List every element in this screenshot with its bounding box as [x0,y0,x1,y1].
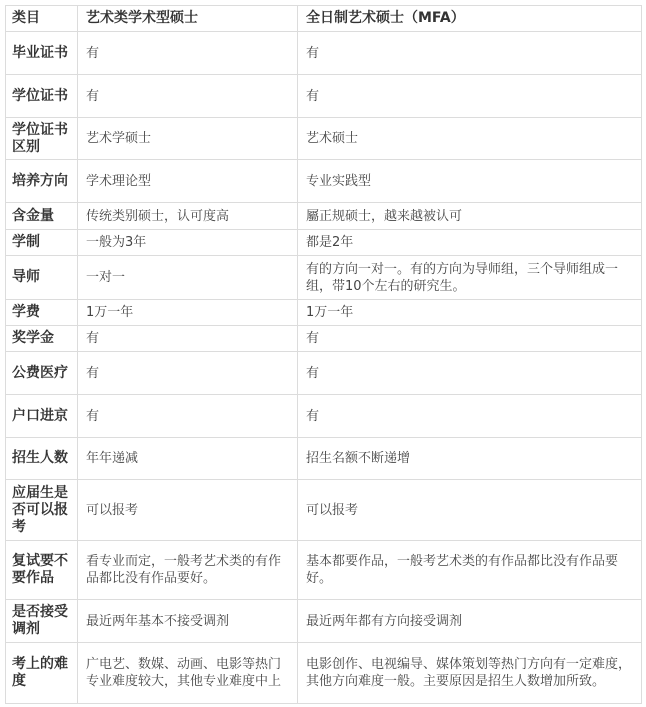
row-category: 公费医疗 [6,352,78,395]
row-academic-value: 艺术学硕士 [78,118,298,160]
header-category: 类目 [6,6,78,32]
row-category: 学位证书区别 [6,118,78,160]
row-mfa-value: 有 [298,32,642,75]
row-academic-value: 看专业而定，一般考艺术类的有作品都比没有作品要好。 [78,541,298,600]
table-row: 复试要不要作品看专业而定，一般考艺术类的有作品都比没有作品要好。基本都要作品，一… [6,541,642,600]
row-academic-value: 一对一 [78,256,298,300]
row-category: 招生人数 [6,438,78,480]
row-mfa-value: 基本都要作品，一般考艺术类的有作品都比没有作品要好。 [298,541,642,600]
row-category: 含金量 [6,203,78,230]
row-academic-value: 学术理论型 [78,160,298,203]
row-academic-value: 有 [78,32,298,75]
row-academic-value: 有 [78,352,298,395]
row-category: 学制 [6,230,78,256]
row-mfa-value: 最近两年都有方向接受调剂 [298,600,642,643]
comparison-table: 类目 艺术类学术型硕士 全日制艺术硕士（MFA） 毕业证书有有学位证书有有学位证… [5,5,642,704]
row-academic-value: 一般为3年 [78,230,298,256]
row-mfa-value: 有 [298,75,642,118]
table-row: 学位证书有有 [6,75,642,118]
table-row: 学制一般为3年都是2年 [6,230,642,256]
row-mfa-value: 1万一年 [298,300,642,326]
row-mfa-value: 招生名额不断递增 [298,438,642,480]
row-category: 学费 [6,300,78,326]
row-category: 学位证书 [6,75,78,118]
row-category: 导师 [6,256,78,300]
row-academic-value: 有 [78,326,298,352]
row-category: 户口进京 [6,395,78,438]
table-row: 是否接受调剂最近两年基本不接受调剂最近两年都有方向接受调剂 [6,600,642,643]
row-mfa-value: 有 [298,326,642,352]
row-mfa-value: 艺术硕士 [298,118,642,160]
table-body: 类目 艺术类学术型硕士 全日制艺术硕士（MFA） 毕业证书有有学位证书有有学位证… [6,6,642,704]
table-header-row: 类目 艺术类学术型硕士 全日制艺术硕士（MFA） [6,6,642,32]
table-row: 培养方向学术理论型专业实践型 [6,160,642,203]
row-academic-value: 最近两年基本不接受调剂 [78,600,298,643]
table-row: 招生人数年年递减招生名额不断递增 [6,438,642,480]
table-row: 应届生是否可以报考可以报考可以报考 [6,480,642,541]
row-mfa-value: 有的方向一对一。有的方向为导师组，三个导师组成一组，带10个左右的研究生。 [298,256,642,300]
table-row: 公费医疗有有 [6,352,642,395]
row-category: 复试要不要作品 [6,541,78,600]
row-category: 奖学金 [6,326,78,352]
row-mfa-value: 屬正规硕士，越来越被认可 [298,203,642,230]
row-mfa-value: 有 [298,395,642,438]
table-row: 户口进京有有 [6,395,642,438]
row-academic-value: 广电艺、数媒、动画、电影等热门专业难度较大，其他专业难度中上 [78,643,298,704]
row-mfa-value: 都是2年 [298,230,642,256]
table-row: 含金量传统类别硕士，认可度高屬正规硕士，越来越被认可 [6,203,642,230]
header-mfa: 全日制艺术硕士（MFA） [298,6,642,32]
table-row: 考上的难度广电艺、数媒、动画、电影等热门专业难度较大，其他专业难度中上电影创作、… [6,643,642,704]
row-category: 培养方向 [6,160,78,203]
row-mfa-value: 可以报考 [298,480,642,541]
row-category: 是否接受调剂 [6,600,78,643]
row-category: 毕业证书 [6,32,78,75]
row-mfa-value: 专业实践型 [298,160,642,203]
table-row: 导师一对一有的方向一对一。有的方向为导师组，三个导师组成一组，带10个左右的研究… [6,256,642,300]
table-row: 奖学金有有 [6,326,642,352]
row-mfa-value: 电影创作、电视编导、媒体策划等热门方向有一定难度，其他方向难度一般。主要原因是招… [298,643,642,704]
row-category: 应届生是否可以报考 [6,480,78,541]
row-academic-value: 传统类别硕士，认可度高 [78,203,298,230]
row-category: 考上的难度 [6,643,78,704]
table-row: 毕业证书有有 [6,32,642,75]
row-academic-value: 年年递减 [78,438,298,480]
table-row: 学位证书区别艺术学硕士艺术硕士 [6,118,642,160]
row-mfa-value: 有 [298,352,642,395]
row-academic-value: 可以报考 [78,480,298,541]
row-academic-value: 1万一年 [78,300,298,326]
header-academic: 艺术类学术型硕士 [78,6,298,32]
table-row: 学费1万一年1万一年 [6,300,642,326]
row-academic-value: 有 [78,395,298,438]
row-academic-value: 有 [78,75,298,118]
